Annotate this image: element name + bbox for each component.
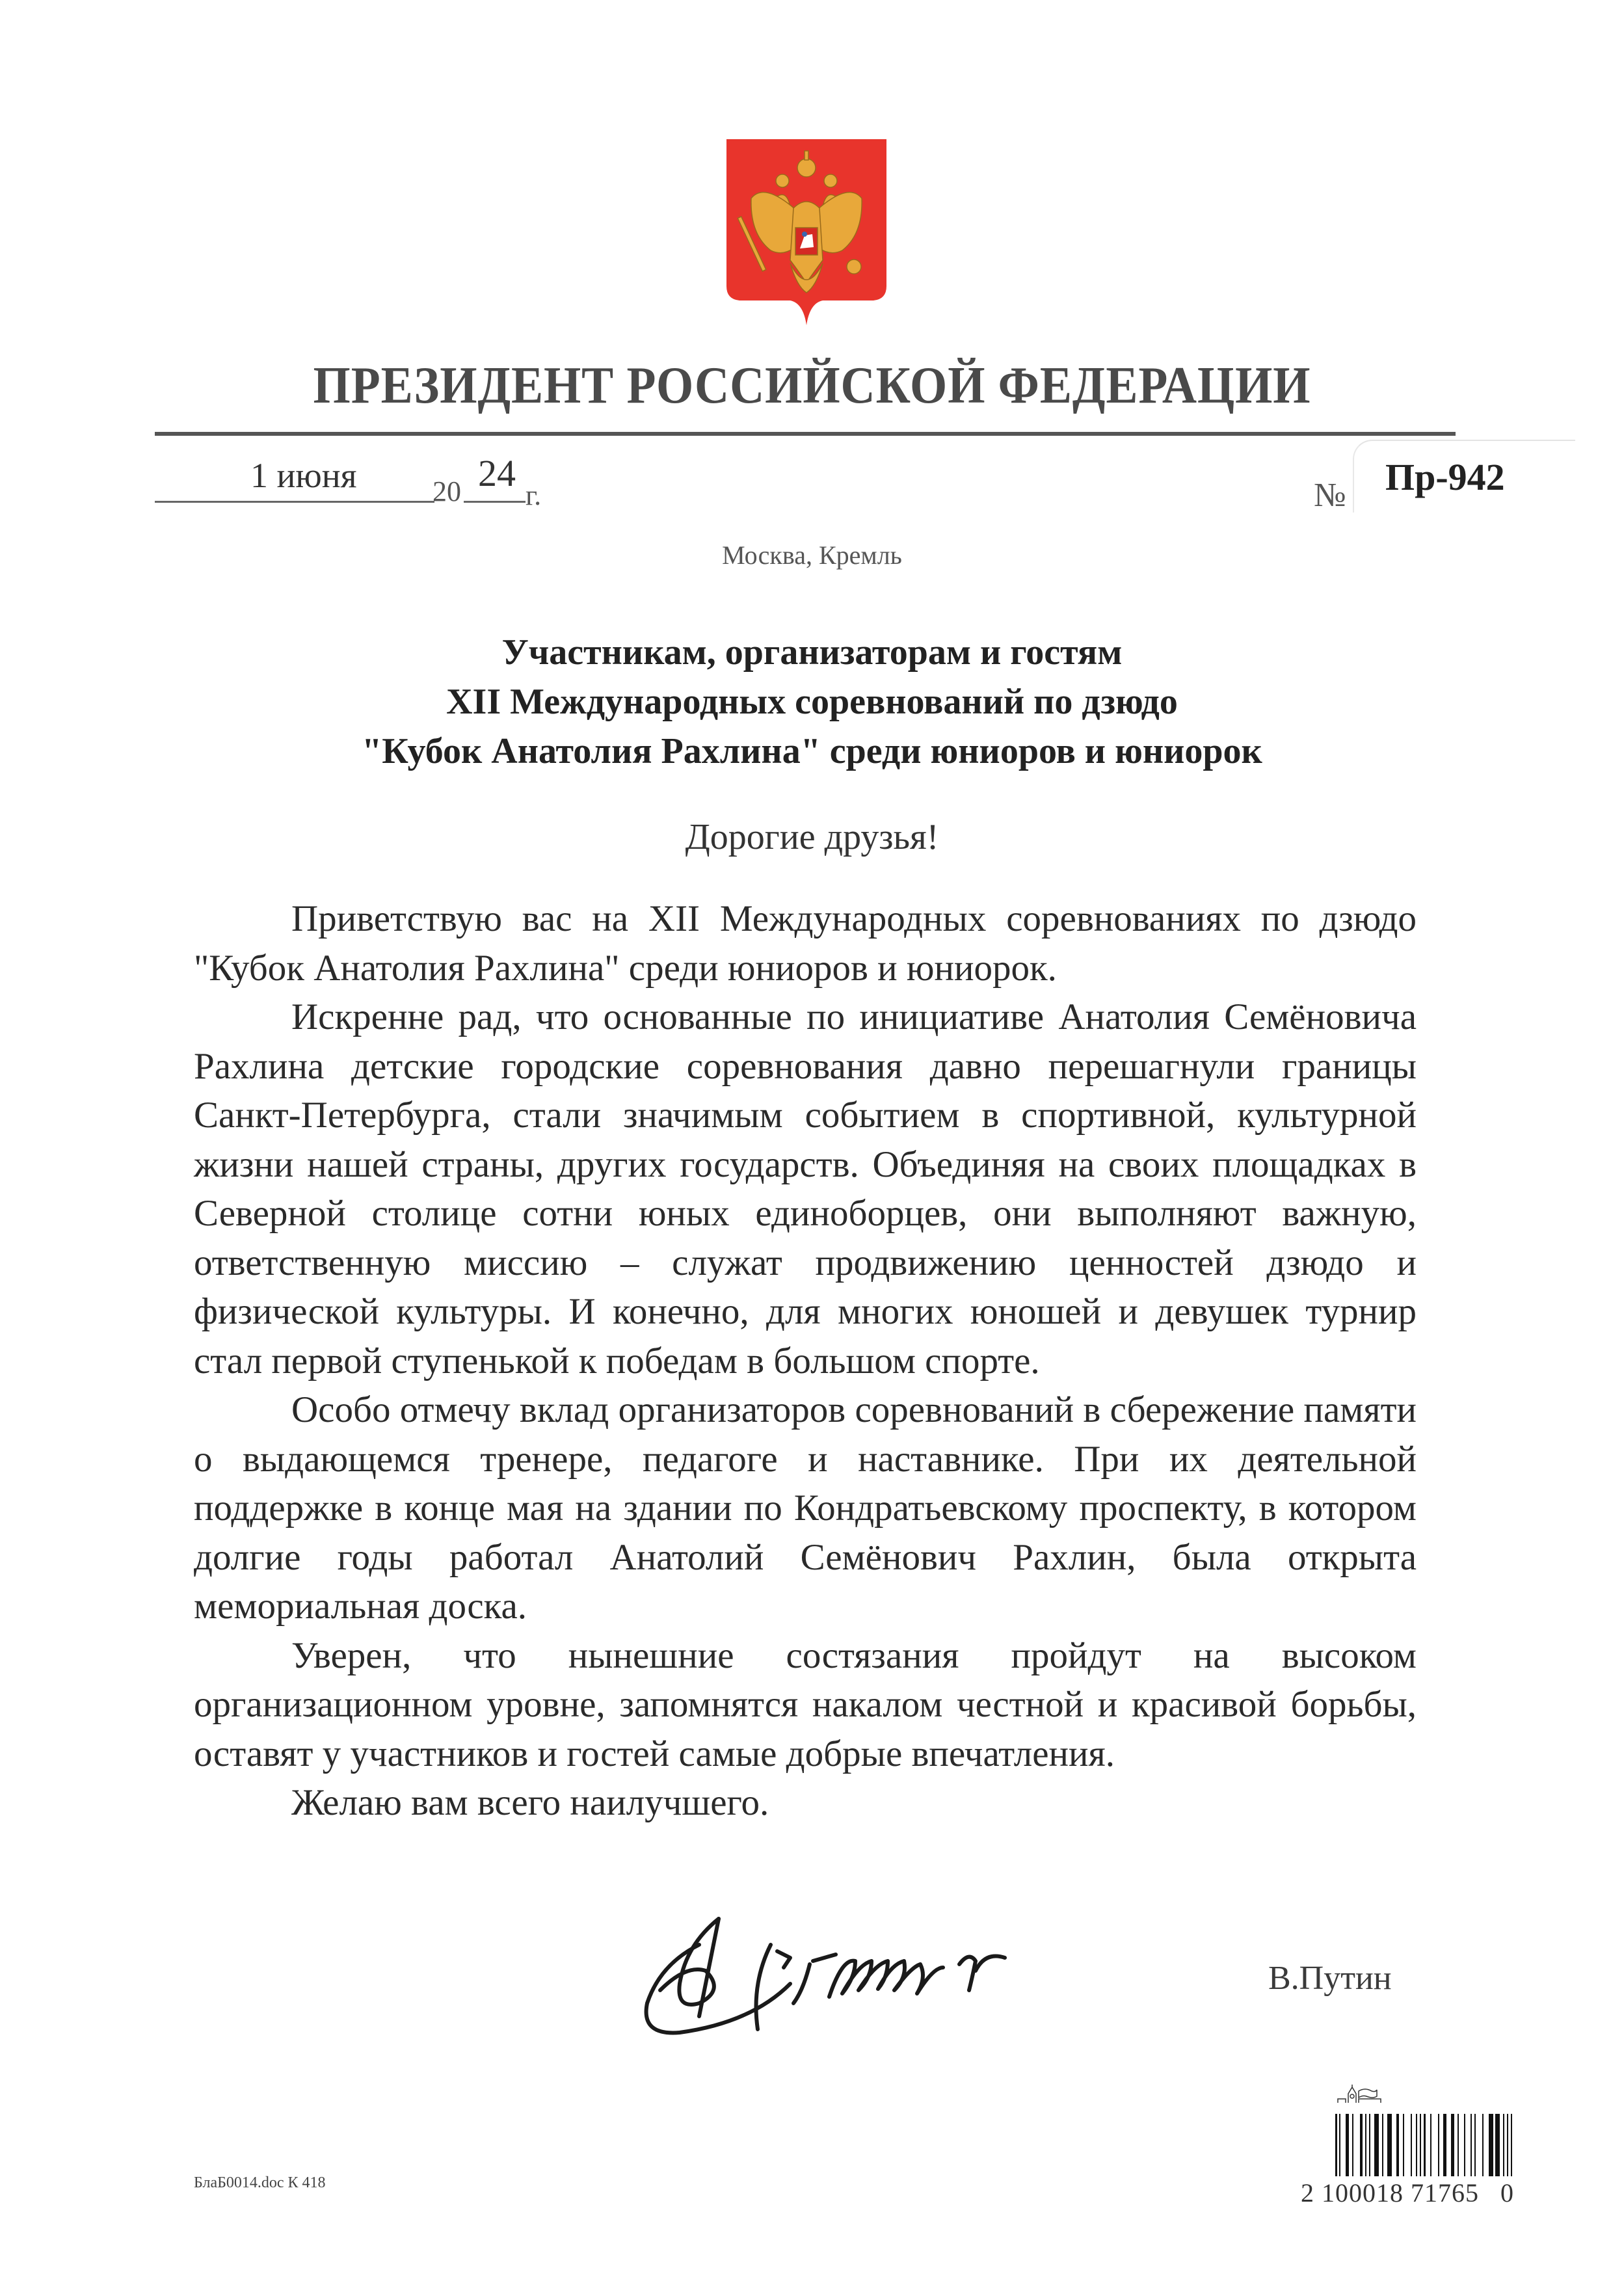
kremlin-tower-logo-icon [1337,2085,1382,2105]
paragraph: Приветствую вас на XII Международных сор… [194,894,1417,993]
addressee-block: Участникам, организаторам и гостям XII М… [0,628,1624,776]
handwritten-signature-icon [621,1906,1161,2042]
barcode-number: 2 100018 71765 0 [1301,2178,1514,2208]
addressee-line: XII Международных соревнований по дзюдо [0,677,1624,727]
paragraph: Желаю вам всего наилучшего. [194,1778,1417,1828]
salutation: Дорогие друзья! [0,816,1624,858]
paragraph: Уверен, что нынешние состязания пройдут … [194,1631,1417,1779]
year-unit: г. [526,479,541,512]
year-prefix: 20 [433,475,461,508]
year-underline [464,501,526,503]
addressee-line: "Кубок Анатолия Рахлина" среди юниоров и… [0,727,1624,776]
paragraph: Особо отмечу вклад организаторов соревно… [194,1385,1417,1631]
document-date: 1 июня [250,455,356,496]
header-divider [155,432,1456,436]
place-of-issue: Москва, Кремль [0,540,1624,570]
addressee-line: Участникам, организаторам и гостям [0,628,1624,677]
signer-name: В.Путин [1268,1959,1392,1997]
paragraph: Искренне рад, что основанные по инициати… [194,993,1417,1385]
document-number: Пр-942 [1385,455,1505,499]
header-title: ПРЕЗИДЕНТ РОССИЙСКОЙ ФЕДЕРАЦИИ [65,356,1559,416]
date-underline [155,501,434,503]
document-code: БлаБ0014.doc К 418 [194,2174,326,2192]
coat-of-arms-icon [725,137,888,325]
barcode [1335,2114,1517,2176]
number-sign: № [1314,476,1346,514]
year-suffix: 24 [478,451,516,495]
letter-body: Приветствую вас на XII Международных сор… [194,894,1417,1828]
